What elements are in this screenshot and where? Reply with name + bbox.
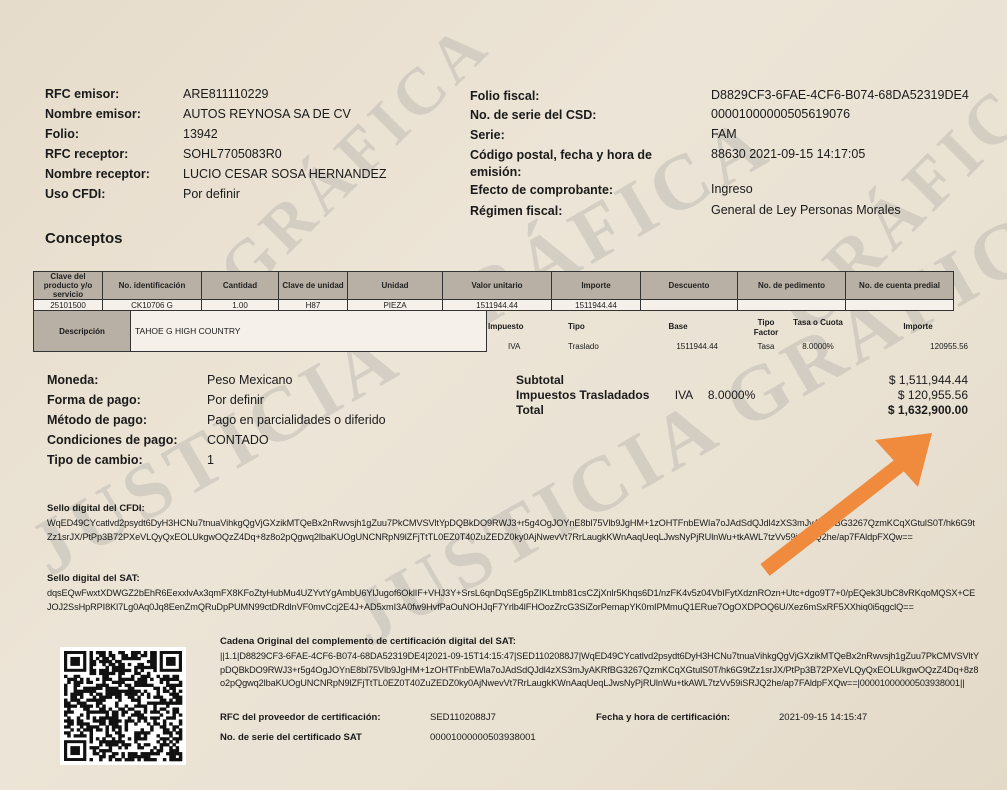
tax-header: Base <box>638 322 718 332</box>
table-cell: 1511944.44 <box>552 300 641 311</box>
emisor-value: SOHL7705083R0 <box>183 147 282 161</box>
cadena-label: Cadena Original del complemento de certi… <box>220 636 980 647</box>
tax-cell: Tasa <box>746 342 786 351</box>
emisor-value: AUTOS REYNOSA SA DE CV <box>183 107 351 121</box>
column-header: No. de pedimento <box>738 272 846 300</box>
column-header: Cantidad <box>202 272 279 300</box>
column-header: Valor unitario <box>443 272 552 300</box>
table-cell: 1.00 <box>202 300 279 311</box>
table-cell: 25101500 <box>34 300 103 311</box>
pago-value: Pago en parcialidades o diferido <box>207 413 386 427</box>
total-value: $ 1,632,900.00 <box>888 403 968 418</box>
pago-value: CONTADO <box>207 433 269 447</box>
fiscal-value: FAM <box>711 127 737 141</box>
fecha-cert-value: 2021-09-15 14:15:47 <box>779 712 867 732</box>
certificacion-block: RFC del proveedor de certificación: SED1… <box>220 712 980 743</box>
emisor-value: ARE811110229 <box>183 87 269 101</box>
rfc-proveedor-value: SED1102088J7 <box>430 712 596 732</box>
tax-header: Impuesto <box>488 322 548 332</box>
fiscal-value: D8829CF3-6FAE-4CF6-B074-68DA52319DE4 <box>711 88 969 102</box>
pago-label: Tipo de cambio: <box>47 453 197 467</box>
descripcion-value: TAHOE G HIGH COUNTRY <box>131 311 487 352</box>
emisor-value: 13942 <box>183 127 218 141</box>
tax-cell: 120955.56 <box>868 342 968 351</box>
impuestos-value: $ 120,955.56 <box>898 388 968 403</box>
impuesto-tasa: 8.0000% <box>708 388 755 402</box>
totales-block: Subtotal $ 1,511,944.44 Impuestos Trasla… <box>516 373 968 418</box>
conceptos-title: Conceptos <box>45 230 123 247</box>
serie-cert-label: No. de serie del certificado SAT <box>220 732 430 743</box>
cadena-block: Cadena Original del complemento de certi… <box>220 636 980 691</box>
pago-value: Por definir <box>207 393 264 407</box>
table-cell <box>846 300 954 311</box>
serie-cert-value: 00001000000503938001 <box>430 732 536 743</box>
pago-label: Condiciones de pago: <box>47 433 197 447</box>
impuesto-nombre: IVA <box>675 388 693 402</box>
emisor-label: RFC receptor: <box>45 147 185 161</box>
sello-sat-value: dqsEQwFwxtXDWGZ2bEhR6EexxlvAx3qmFX8KFoZt… <box>47 587 977 614</box>
emisor-label: Folio: <box>45 127 185 141</box>
fiscal-label: Código postal, fecha y hora de emisión: <box>470 147 670 181</box>
fiscal-label: Régimen fiscal: <box>470 203 670 220</box>
emisor-value: LUCIO CESAR SOSA HERNANDEZ <box>183 167 387 181</box>
emisor-label: RFC emisor: <box>45 87 185 101</box>
subtotal-label: Subtotal <box>516 373 564 388</box>
tax-cell: IVA <box>508 342 568 351</box>
impuestos-label: Impuestos Trasladados <box>516 388 649 402</box>
tax-header: Tasa o Cuota <box>793 318 843 328</box>
column-header: Clave de unidad <box>279 272 348 300</box>
table-cell: 1511944.44 <box>443 300 552 311</box>
column-header: Clave del producto y/o servicio <box>34 272 103 300</box>
column-header: Importe <box>552 272 641 300</box>
fecha-cert-label: Fecha y hora de certificación: <box>596 712 779 732</box>
tax-cell: 8.0000% <box>793 342 843 351</box>
fiscal-label: Folio fiscal: <box>470 88 670 105</box>
pago-value: Peso Mexicano <box>207 373 292 387</box>
fiscal-value: 88630 2021-09-15 14:17:05 <box>711 147 865 161</box>
pago-label: Método de pago: <box>47 413 197 427</box>
descripcion-label: Descripción <box>33 311 131 352</box>
fiscal-value: 00001000000505619076 <box>711 107 850 121</box>
emisor-value: Por definir <box>183 187 240 201</box>
fiscal-label: Efecto de comprobante: <box>470 182 670 199</box>
fiscal-label: Serie: <box>470 127 670 144</box>
column-header: Unidad <box>348 272 443 300</box>
fiscal-value: Ingreso <box>711 182 753 196</box>
cadena-value: ||1.1|D8829CF3-6FAE-4CF6-B074-68DA52319D… <box>220 650 980 691</box>
qr-code <box>60 647 186 765</box>
tax-cell: Traslado <box>568 342 628 351</box>
tax-cell: 1511944.44 <box>638 342 718 351</box>
tax-table: ImpuestoTipoBaseTipo FactorTasa o CuotaI… <box>488 318 978 356</box>
pago-label: Moneda: <box>47 373 197 387</box>
emisor-label: Uso CFDI: <box>45 187 185 201</box>
pago-label: Forma de pago: <box>47 393 197 407</box>
table-cell: PIEZA <box>348 300 443 311</box>
tax-header: Importe <box>868 322 968 332</box>
subtotal-value: $ 1,511,944.44 <box>889 373 968 388</box>
table-cell: H87 <box>279 300 348 311</box>
arrow-up-right-icon <box>750 425 940 580</box>
column-header: No. de cuenta predial <box>846 272 954 300</box>
tax-header: Tipo <box>568 322 628 332</box>
fiscal-label: No. de serie del CSD: <box>470 107 670 124</box>
table-cell <box>738 300 846 311</box>
column-header: Descuento <box>641 272 738 300</box>
total-label: Total <box>516 403 544 418</box>
emisor-label: Nombre receptor: <box>45 167 185 181</box>
tax-header: Tipo Factor <box>746 318 786 338</box>
table-cell <box>641 300 738 311</box>
pago-value: 1 <box>207 453 214 467</box>
table-cell: CK10706 G <box>103 300 202 311</box>
rfc-proveedor-label: RFC del proveedor de certificación: <box>220 712 430 732</box>
column-header: No. identificación <box>103 272 202 300</box>
fiscal-value: General de Ley Personas Morales <box>711 203 901 217</box>
emisor-label: Nombre emisor: <box>45 107 185 121</box>
